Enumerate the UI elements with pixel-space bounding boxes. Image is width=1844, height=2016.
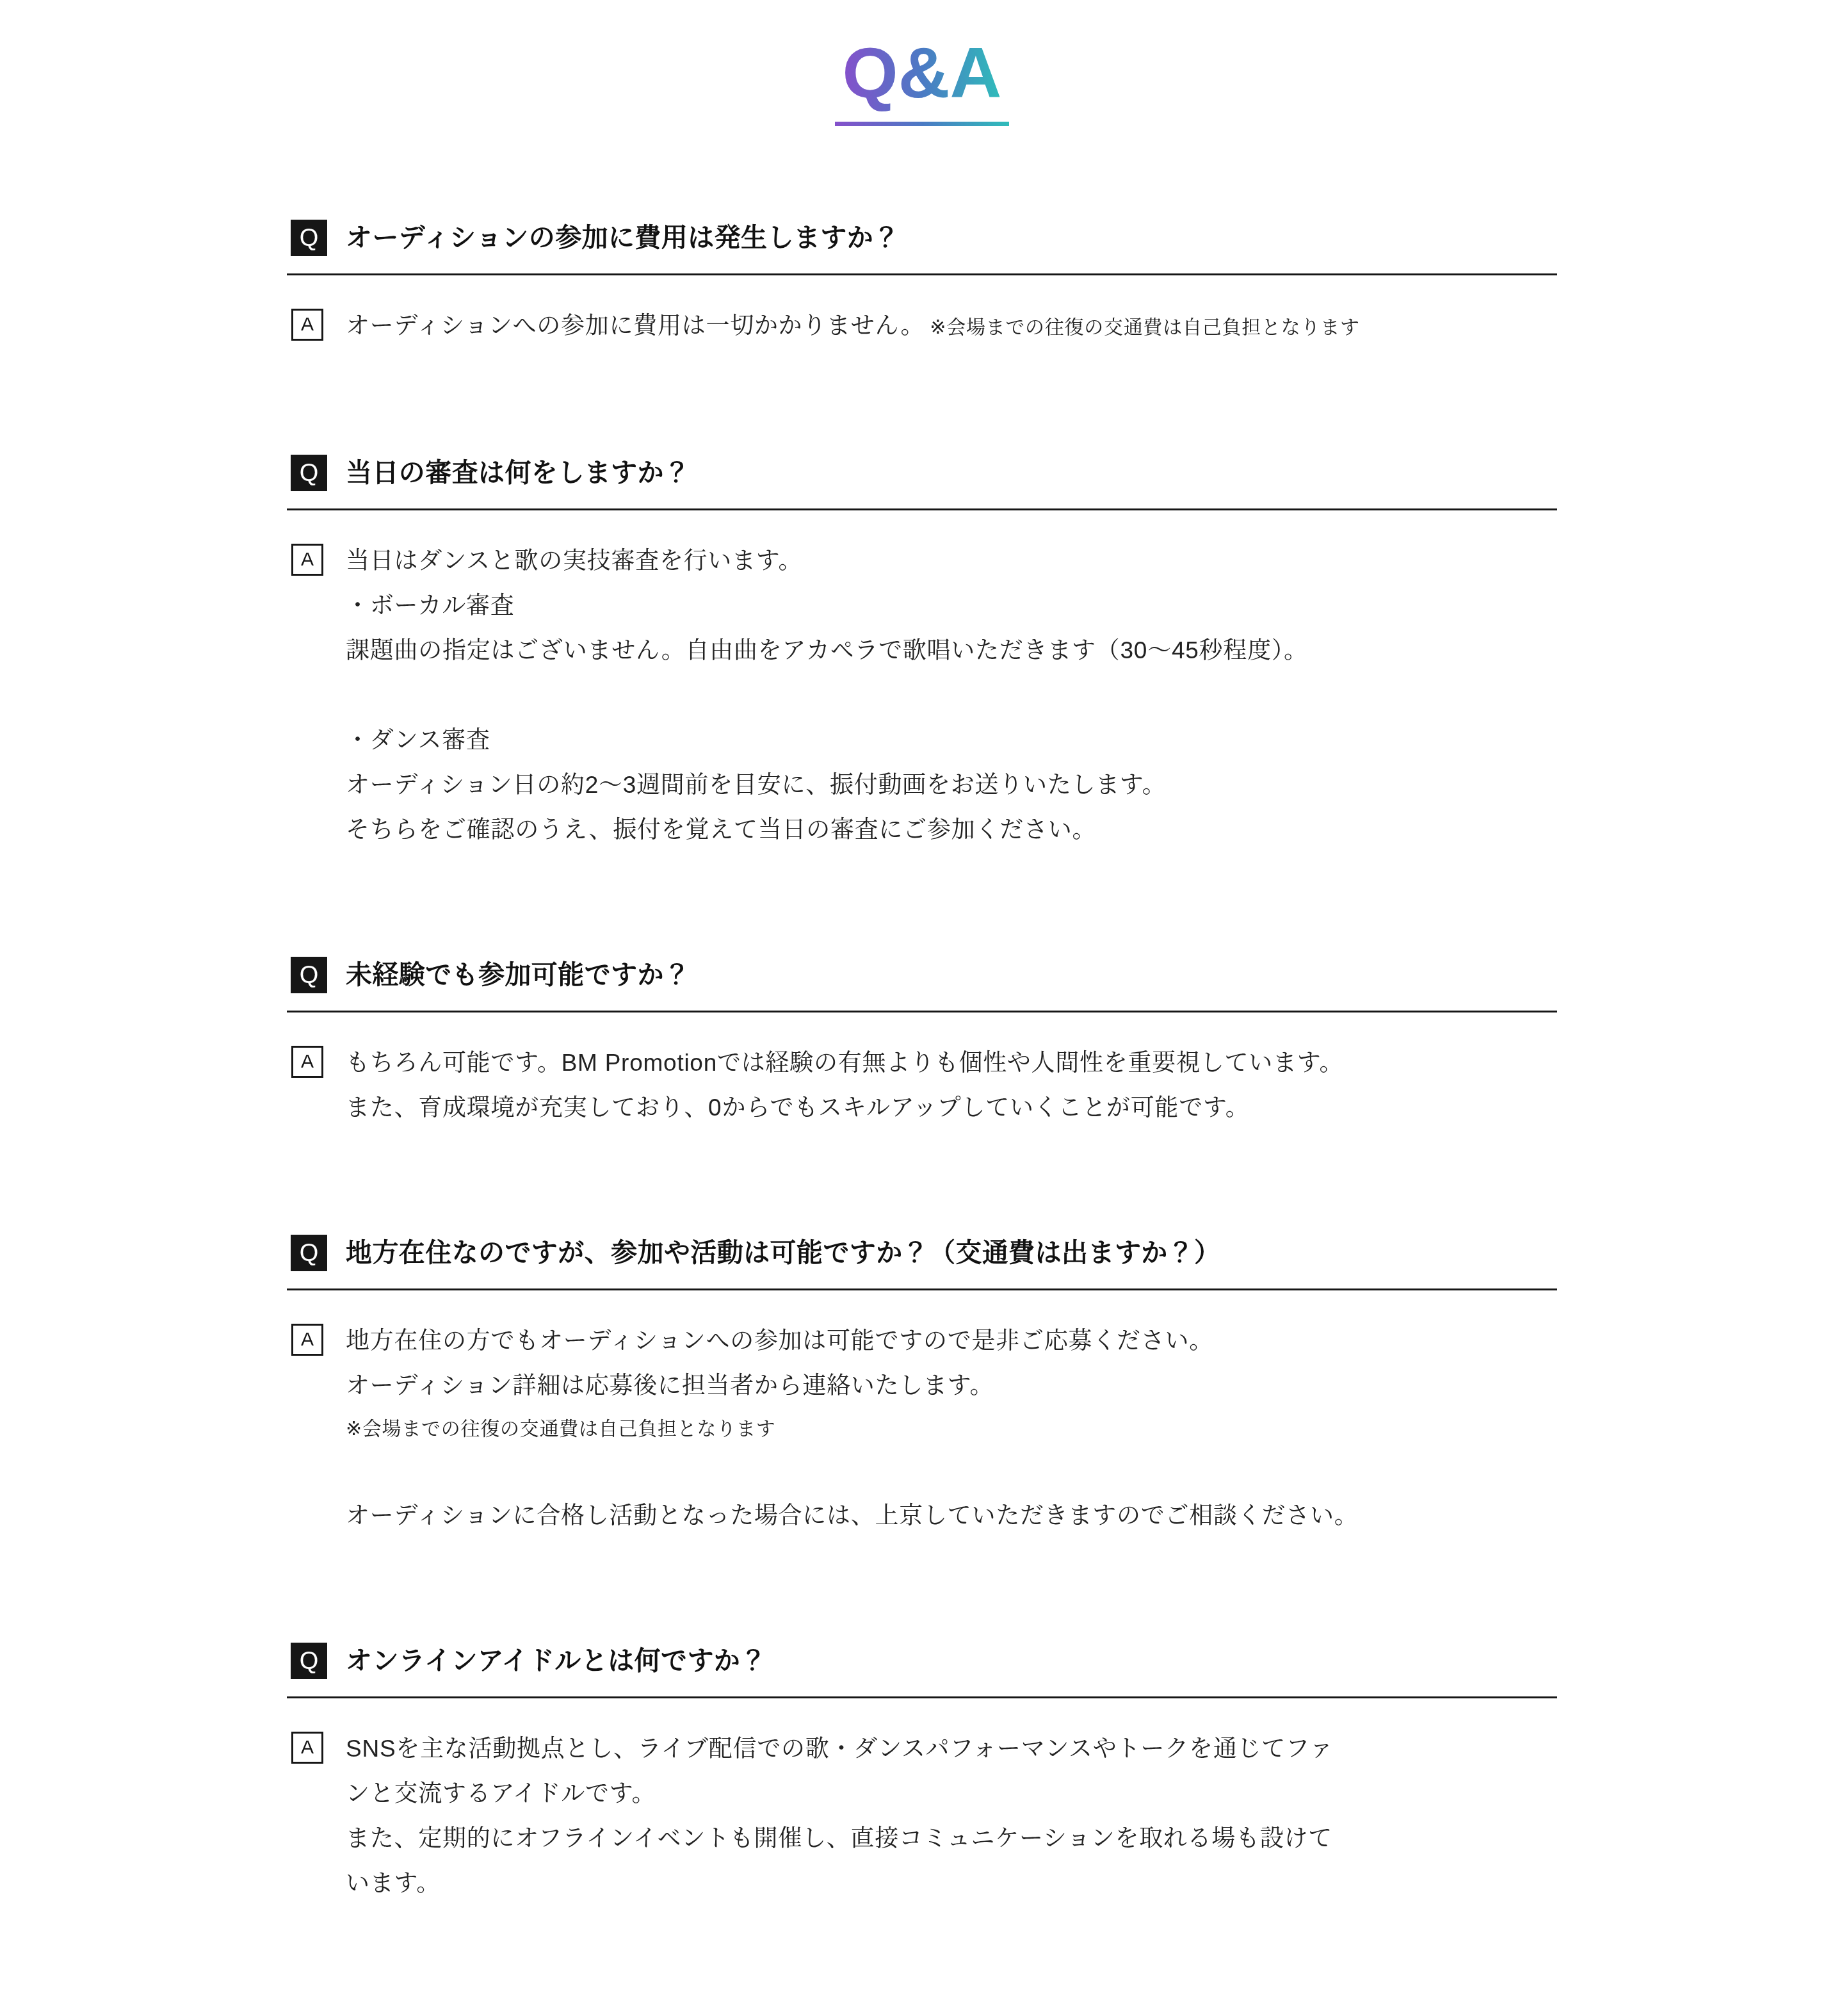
answer-body: SNSを主な活動拠点とし、ライブ配信での歌・ダンスパフォーマンスやトークを通じて…	[346, 1727, 1557, 1906]
answer-text: 地方在住の方でもオーディションへの参加は可能ですので是非ご応募ください。	[346, 1328, 1213, 1354]
answer-text: オーディションに合格し活動となった場合には、上京していただきますのでご相談くださ…	[346, 1502, 1358, 1529]
faq-section: Q オーディションの参加に費用は発生しますか？ A オーディションへの参加に費用…	[287, 220, 1557, 350]
answer-text: ・ダンス審査	[346, 727, 490, 753]
answer-note-text: ※会場までの往復の交通費は自己負担となります	[346, 1419, 775, 1440]
answer-line: ※会場までの往復の交通費は自己負担となります	[346, 1408, 1557, 1449]
answer-line: また、定期的にオフラインイベントも開催し、直接コミュニケーションを取れる場も設け…	[346, 1816, 1557, 1861]
answer-body: もちろん可能です。BM Promotionでは経験の有無よりも個性や人間性を重要…	[346, 1041, 1557, 1130]
answer-spacer	[346, 673, 1557, 718]
answer-row: A SNSを主な活動拠点とし、ライブ配信での歌・ダンスパフォーマンスやトークを通…	[287, 1727, 1557, 1906]
answer-badge: A	[291, 544, 323, 576]
answer-text: オーディション日の約2〜3週間前を目安に、振付動画をお送りいたします。	[346, 772, 1166, 798]
question-badge: Q	[291, 455, 327, 491]
faq-section: Q 当日の審査は何をしますか？ A 当日はダンスと歌の実技審査を行います。・ボー…	[287, 455, 1557, 852]
answer-body: 当日はダンスと歌の実技審査を行います。・ボーカル審査課題曲の指定はございません。…	[346, 539, 1557, 852]
answer-line: もちろん可能です。BM Promotionでは経験の有無よりも個性や人間性を重要…	[346, 1041, 1557, 1085]
answer-text: また、育成環境が充実しており、0からでもスキルアップしていくことが可能です。	[346, 1094, 1249, 1121]
question-badge: Q	[291, 1643, 327, 1679]
answer-line: また、育成環境が充実しており、0からでもスキルアップしていくことが可能です。	[346, 1085, 1557, 1130]
divider-line	[287, 273, 1557, 275]
answer-body: オーディションへの参加に費用は一切かかりません。※会場までの往復の交通費は自己負…	[346, 304, 1557, 350]
answer-note-text: ※会場までの往復の交通費は自己負担となります	[930, 317, 1359, 338]
answer-line: ・ボーカル審査	[346, 583, 1557, 628]
faq-section: Q 地方在住なのですが、参加や活動は可能ですか？（交通費は出ますか？） A 地方…	[287, 1235, 1557, 1538]
answer-text: オーディション詳細は応募後に担当者から連絡いたします。	[346, 1372, 994, 1399]
answer-line: 当日はダンスと歌の実技審査を行います。	[346, 539, 1557, 583]
answer-row: A もちろん可能です。BM Promotionでは経験の有無よりも個性や人間性を…	[287, 1041, 1557, 1130]
question-badge: Q	[291, 220, 327, 256]
question-row: Q オーディションの参加に費用は発生しますか？	[287, 220, 1557, 256]
answer-line: オーディションに合格し活動となった場合には、上京していただきますのでご相談くださ…	[346, 1493, 1557, 1538]
question-text: 未経験でも参加可能ですか？	[346, 958, 1557, 992]
answer-text: また、定期的にオフラインイベントも開催し、直接コミュニケーションを取れる場も設け…	[346, 1825, 1332, 1851]
answer-line: います。	[346, 1861, 1557, 1906]
answer-spacer	[346, 1449, 1557, 1493]
divider-line	[287, 508, 1557, 510]
question-badge-letter: Q	[300, 963, 319, 988]
answer-body: 地方在住の方でもオーディションへの参加は可能ですので是非ご応募ください。オーディ…	[346, 1319, 1557, 1538]
answer-text: います。	[346, 1870, 441, 1896]
answer-line: オーディション詳細は応募後に担当者から連絡いたします。	[346, 1363, 1557, 1408]
answer-badge-letter: A	[301, 1738, 314, 1757]
question-badge: Q	[291, 1235, 327, 1271]
answer-line: そちらをご確認のうえ、振付を覚えて当日の審査にご参加ください。	[346, 808, 1557, 852]
answer-badge: A	[291, 309, 323, 341]
question-text: 地方在住なのですが、参加や活動は可能ですか？（交通費は出ますか？）	[346, 1236, 1557, 1270]
question-row: Q オンラインアイドルとは何ですか？	[287, 1643, 1557, 1679]
divider-line	[287, 1288, 1557, 1290]
question-row: Q 地方在住なのですが、参加や活動は可能ですか？（交通費は出ますか？）	[287, 1235, 1557, 1271]
question-badge: Q	[291, 957, 327, 993]
page-title: Q&A	[743, 22, 1101, 118]
answer-line: ンと交流するアイドルです。	[346, 1771, 1557, 1816]
answer-text: ・ボーカル審査	[346, 592, 514, 619]
question-badge-letter: Q	[300, 461, 319, 485]
answer-line: 地方在住の方でもオーディションへの参加は可能ですので是非ご応募ください。	[346, 1319, 1557, 1363]
question-row: Q 当日の審査は何をしますか？	[287, 455, 1557, 491]
faq-section: Q 未経験でも参加可能ですか？ A もちろん可能です。BM Promotionで…	[287, 957, 1557, 1130]
answer-badge-letter: A	[301, 1052, 314, 1071]
question-text: 当日の審査は何をしますか？	[346, 456, 1557, 490]
divider-line	[287, 1696, 1557, 1698]
faq-list: Q オーディションの参加に費用は発生しますか？ A オーディションへの参加に費用…	[287, 220, 1557, 1906]
answer-badge-letter: A	[301, 550, 314, 569]
answer-badge-letter: A	[301, 315, 314, 334]
answer-line: ・ダンス審査	[346, 718, 1557, 763]
question-badge-letter: Q	[300, 1241, 319, 1265]
answer-badge: A	[291, 1324, 323, 1356]
answer-row: A 当日はダンスと歌の実技審査を行います。・ボーカル審査課題曲の指定はございませ…	[287, 539, 1557, 852]
answer-text: もちろん可能です。BM Promotionでは経験の有無よりも個性や人間性を重要…	[346, 1050, 1343, 1076]
question-row: Q 未経験でも参加可能ですか？	[287, 957, 1557, 993]
answer-line: SNSを主な活動拠点とし、ライブ配信での歌・ダンスパフォーマンスやトークを通じて…	[346, 1727, 1557, 1771]
answer-badge: A	[291, 1046, 323, 1078]
page-title-text: Q&A	[843, 33, 1002, 113]
answer-text: 当日はダンスと歌の実技審査を行います。	[346, 548, 802, 574]
question-badge-letter: Q	[300, 1649, 319, 1673]
answer-text: そちらをご確認のうえ、振付を覚えて当日の審査にご参加ください。	[346, 817, 1096, 843]
answer-line: オーディションへの参加に費用は一切かかりません。※会場までの往復の交通費は自己負…	[346, 304, 1557, 350]
answer-row: A 地方在住の方でもオーディションへの参加は可能ですので是非ご応募ください。オー…	[287, 1319, 1557, 1538]
answer-row: A オーディションへの参加に費用は一切かかりません。※会場までの往復の交通費は自…	[287, 304, 1557, 350]
answer-badge: A	[291, 1732, 323, 1764]
answer-text: 課題曲の指定はございません。自由曲をアカペラで歌唱いただきます（30〜45秒程度…	[346, 637, 1308, 663]
answer-line: 課題曲の指定はございません。自由曲をアカペラで歌唱いただきます（30〜45秒程度…	[346, 628, 1557, 673]
answer-text: ンと交流するアイドルです。	[346, 1780, 656, 1807]
faq-section: Q オンラインアイドルとは何ですか？ A SNSを主な活動拠点とし、ライブ配信で…	[287, 1643, 1557, 1906]
question-text: オーディションの参加に費用は発生しますか？	[346, 221, 1557, 255]
answer-badge-letter: A	[301, 1330, 314, 1349]
question-badge-letter: Q	[300, 226, 319, 250]
page-header: Q&A	[0, 0, 1844, 126]
answer-line: オーディション日の約2〜3週間前を目安に、振付動画をお送りいたします。	[346, 763, 1557, 808]
answer-text: SNSを主な活動拠点とし、ライブ配信での歌・ダンスパフォーマンスやトークを通じて…	[346, 1736, 1334, 1762]
answer-text: オーディションへの参加に費用は一切かかりません。	[346, 313, 925, 339]
divider-line	[287, 1011, 1557, 1012]
title-underline	[835, 122, 1009, 126]
question-text: オンラインアイドルとは何ですか？	[346, 1644, 1557, 1678]
